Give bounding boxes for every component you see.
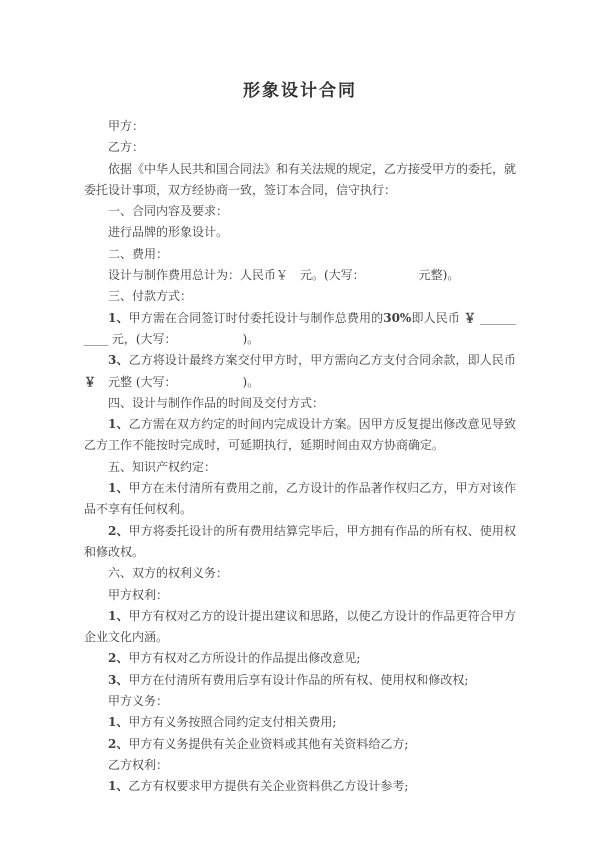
paragraph: 1、乙方需在双方约定的时间内完成设计方案。因甲方反复提出修改意见导致乙方工作不能… (84, 414, 516, 457)
paragraph: 乙方权利： (84, 755, 516, 776)
paragraph-text-segment: 进行品牌的形象设计。 (108, 225, 228, 239)
paragraph: 甲方： (84, 116, 516, 137)
paragraph-bold-segment: ￥ (84, 375, 96, 389)
paragraph-text-segment: 甲方需在合同签订时付委托设计与制作总费用的 (129, 311, 384, 325)
paragraph: 2、甲方有义务提供有关企业资料或其他有关资料给乙方; (84, 734, 516, 755)
paragraph-text-segment: 元整 (大写： )。 (96, 375, 259, 389)
paragraph-text-segment: 乙方有权要求甲方提供有关企业资料供乙方设计参考; (128, 779, 408, 793)
paragraph: 二、费用： (84, 244, 516, 265)
paragraph-text-segment: 乙方权利： (108, 758, 168, 772)
paragraph: 甲方权利： (84, 585, 516, 606)
paragraph-text-segment: 乙方将设计最终方案交付甲方时，甲方需向乙方支付合同余款，即人民币 (129, 353, 516, 367)
paragraph-text-segment: 即人民币 (411, 311, 464, 325)
paragraph-text-segment: 甲方义务： (108, 694, 168, 708)
paragraph-bold-segment: 1、 (108, 481, 129, 495)
paragraph-text-segment: 甲方有义务提供有关企业资料或其他有关资料给乙方; (128, 737, 408, 751)
paragraph-text-segment: 设计与制作费用总计为：人民币￥ 元。(大写： 元整)。 (108, 268, 459, 282)
paragraph-text-segment: 六、双方的权利义务： (108, 566, 228, 580)
paragraph: 乙方： (84, 137, 516, 158)
paragraph-bold-segment: 1、 (108, 609, 129, 623)
paragraph-bold-segment: 1、 (108, 417, 129, 431)
paragraph-text-segment: 甲方有权对乙方所设计的作品提出修改意见; (128, 651, 360, 665)
paragraph: 1、甲方有权对乙方的设计提出建议和思路，以使乙方设计的作品更符合甲方企业文化内涵… (84, 606, 516, 649)
paragraph: 1、甲方有义务按照合同约定支付相关费用; (84, 712, 516, 733)
paragraph: 六、双方的权利义务： (84, 563, 516, 584)
paragraph-text-segment: 甲方： (108, 119, 144, 133)
paragraph-text-segment: 乙方： (108, 140, 144, 154)
paragraph-text-segment: 五、知识产权约定： (108, 460, 216, 474)
paragraph-bold-segment: 3、 (108, 673, 128, 687)
paragraph-bold-segment: 30% (383, 311, 411, 325)
paragraph: 1、甲方在未付清所有费用之前，乙方设计的作品著作权归乙方，甲方对该作品不享有任何… (84, 478, 516, 521)
paragraph-text-segment: 乙方需在双方约定的时间内完成设计方案。因甲方反复提出修改意见导致乙方工作不能按时… (84, 417, 516, 452)
contract-page: 形象设计合同 甲方：乙方：依据《中华人民共和国合同法》和有关法规的规定，乙方接受… (0, 0, 600, 849)
paragraph-text-segment: 甲方有权对乙方的设计提出建议和思路，以使乙方设计的作品更符合甲方企业文化内涵。 (84, 609, 516, 644)
paragraph-text-segment: 甲方权利： (108, 588, 168, 602)
paragraph-bold-segment: 3、 (108, 353, 129, 367)
paragraph: 三、付款方式： (84, 286, 516, 307)
paragraph-text-segment: 四、设计与制作作品的时间及交付方式： (108, 396, 324, 410)
paragraph-bold-segment: 2、 (108, 737, 128, 751)
paragraph-text-segment: 甲方将委托设计的所有费用结算完毕后，甲方拥有作品的所有权、使用权和修改权。 (84, 524, 516, 559)
paragraph: 甲方义务： (84, 691, 516, 712)
paragraph-text-segment: 二、费用： (108, 247, 168, 261)
paragraph: 依据《中华人民共和国合同法》和有关法规的规定，乙方接受甲方的委托，就委托设计事项… (84, 159, 516, 202)
paragraph: 2、甲方将委托设计的所有费用结算完毕后，甲方拥有作品的所有权、使用权和修改权。 (84, 521, 516, 564)
paragraph: 2、甲方有权对乙方所设计的作品提出修改意见; (84, 648, 516, 669)
paragraph-text-segment: 三、付款方式： (108, 289, 192, 303)
paragraph: 设计与制作费用总计为：人民币￥ 元。(大写： 元整)。 (84, 265, 516, 286)
paragraph-bold-segment: 1、 (108, 715, 128, 729)
paragraph-text-segment: 依据《中华人民共和国合同法》和有关法规的规定，乙方接受甲方的委托，就委托设计事项… (84, 162, 516, 197)
paragraph-text-segment: 甲方在未付清所有费用之前，乙方设计的作品著作权归乙方，甲方对该作品不享有任何权利… (84, 481, 516, 516)
paragraph: 3、乙方将设计最终方案交付甲方时，甲方需向乙方支付合同余款，即人民币￥ 元整 (… (84, 350, 516, 393)
paragraph: 3、甲方在付清所有费用后享有设计作品的所有权、使用权和修改权; (84, 670, 516, 691)
paragraph-bold-segment: 2、 (108, 524, 129, 538)
paragraph-text-segment: 甲方在付清所有费用后享有设计作品的所有权、使用权和修改权; (128, 673, 468, 687)
paragraph-bold-segment: 1、 (108, 311, 129, 325)
paragraph: 四、设计与制作作品的时间及交付方式： (84, 393, 516, 414)
paragraph: 进行品牌的形象设计。 (84, 222, 516, 243)
paragraph-text-segment: 一、合同内容及要求： (108, 204, 228, 218)
paragraph-bold-segment: 1、 (108, 779, 128, 793)
contract-title: 形象设计合同 (84, 80, 516, 102)
paragraph: 1、甲方需在合同签订时付委托设计与制作总费用的30%即人民币 ￥ _______… (84, 308, 516, 351)
paragraph: 五、知识产权约定： (84, 457, 516, 478)
contract-body: 甲方：乙方：依据《中华人民共和国合同法》和有关法规的规定，乙方接受甲方的委托，就… (84, 116, 516, 798)
paragraph-bold-segment: ￥ (464, 311, 476, 325)
paragraph-bold-segment: 2、 (108, 651, 128, 665)
paragraph-text-segment: 甲方有义务按照合同约定支付相关费用; (128, 715, 336, 729)
paragraph: 1、乙方有权要求甲方提供有关企业资料供乙方设计参考; (84, 776, 516, 797)
paragraph: 一、合同内容及要求： (84, 201, 516, 222)
